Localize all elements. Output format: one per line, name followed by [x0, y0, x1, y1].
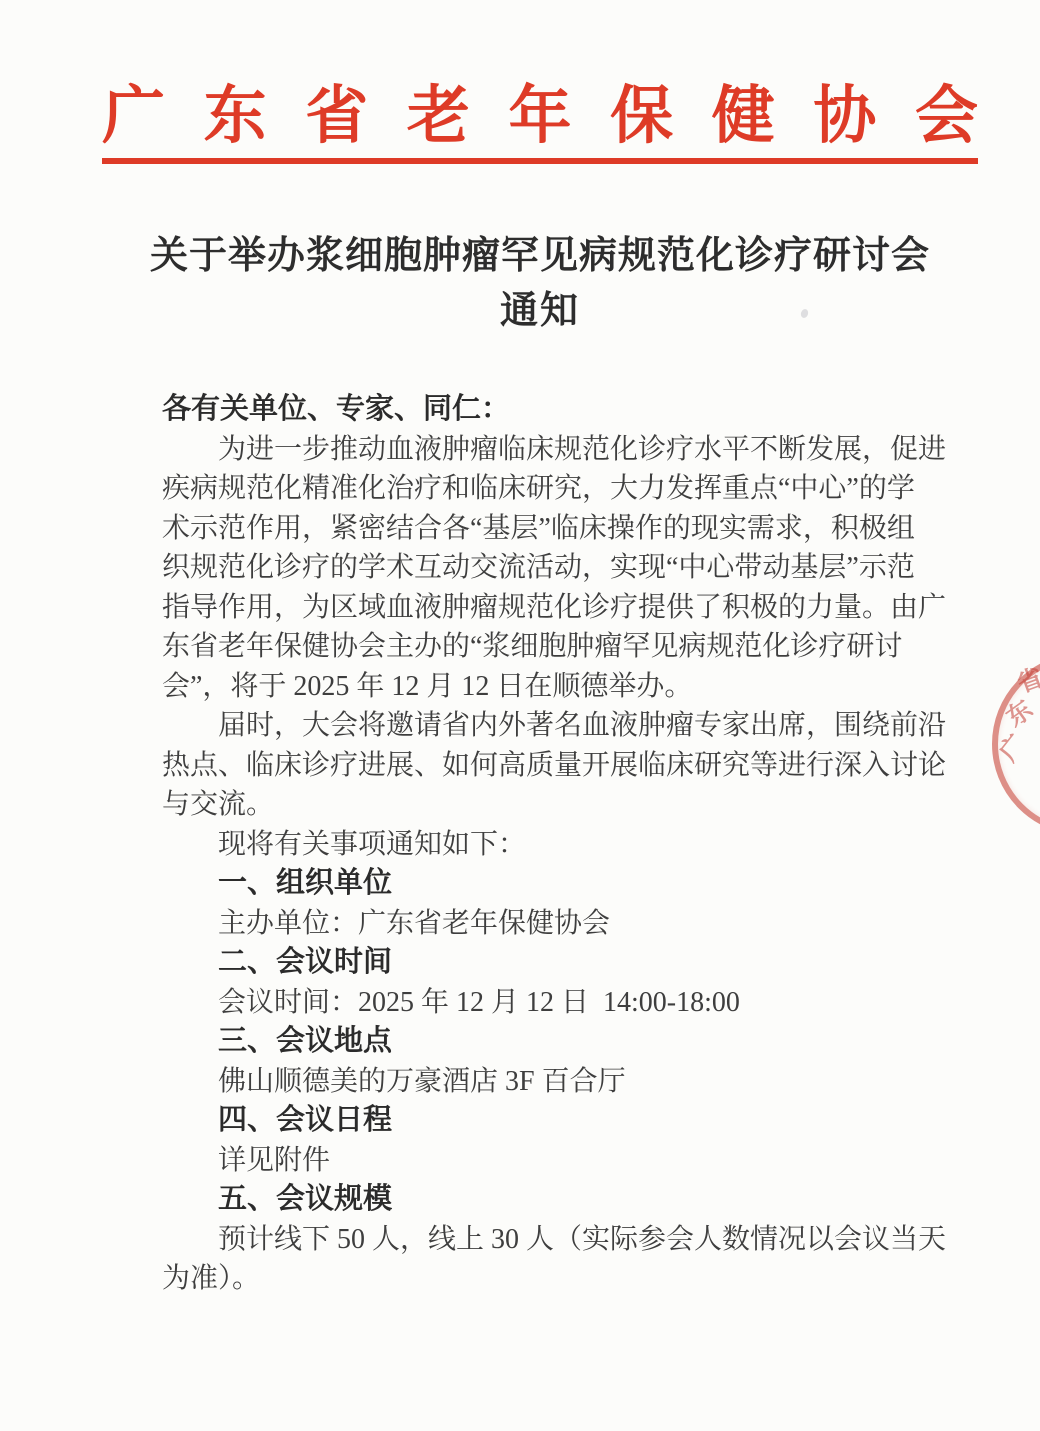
section3-heading: 三、会议地点	[162, 1022, 938, 1062]
paragraph3-lead-in: 现将有关事项通知如下：	[162, 825, 938, 865]
section4-body-line: 详见附件	[162, 1141, 938, 1181]
paragraph1-line: 为进一步推动血液肿瘤临床规范化诊疗水平不断发展，促进	[162, 430, 938, 470]
scanned-notice-page: 广东省老年保健协会 关于举办浆细胞肿瘤罕见病规范化诊疗研讨会 通知 各有关单位、…	[0, 0, 1040, 1431]
section5-body-line: 预计线下 50 人，线上 30 人（实际参会人数情况以会议当天	[162, 1220, 938, 1260]
section2-heading: 二、会议时间	[162, 943, 938, 983]
org-letterhead-title: 广东省老年保健协会	[102, 78, 978, 154]
paragraph2-line: 与交流。	[162, 785, 938, 825]
section4-heading: 四、会议日程	[162, 1101, 938, 1141]
paragraph2-line: 热点、临床诊疗进展、如何高质量开展临床研究等进行深入讨论	[162, 746, 938, 786]
section3-body-line: 佛山顺德美的万豪酒店 3F 百合厅	[162, 1062, 938, 1102]
section1-heading: 一、组织单位	[162, 864, 938, 904]
paragraph1-line: 会”，将于 2025 年 12 月 12 日在顺德举办。	[162, 667, 938, 707]
paragraph1-line: 东省老年保健协会主办的“浆细胞肿瘤罕见病规范化诊疗研讨	[162, 627, 938, 667]
paragraph1-line: 指导作用，为区域血液肿瘤规范化诊疗提供了积极的力量。由广	[162, 588, 938, 628]
paragraph1-line: 织规范化诊疗的学术互动交流活动，实现“中心带动基层”示范	[162, 548, 938, 588]
document-title-line1: 关于举办浆细胞肿瘤罕见病规范化诊疗研讨会	[132, 233, 948, 279]
salutation: 各有关单位、专家、同仁：	[162, 390, 938, 430]
letterhead-divider-rule	[102, 158, 978, 164]
section5-body-line: 为准）。	[162, 1259, 938, 1299]
paragraph1-line: 术示范作用，紧密结合各“基层”临床操作的现实需求，积极组	[162, 509, 938, 549]
paragraph2-line: 届时，大会将邀请省内外著名血液肿瘤专家出席，围绕前沿	[162, 706, 938, 746]
paragraph1-line: 疾病规范化精准化治疗和临床研究，大力发挥重点“中心”的学	[162, 469, 938, 509]
document-title-line2: 通知	[132, 288, 948, 334]
section1-body-line: 主办单位：广东省老年保健协会	[162, 904, 938, 944]
section5-heading: 五、会议规模	[162, 1180, 938, 1220]
section2-body-line: 会议时间：2025 年 12 月 12 日 14:00-18:00	[162, 983, 938, 1023]
body-text-column: 各有关单位、专家、同仁： 为进一步推动血液肿瘤临床规范化诊疗水平不断发展，促进 …	[162, 390, 938, 1299]
